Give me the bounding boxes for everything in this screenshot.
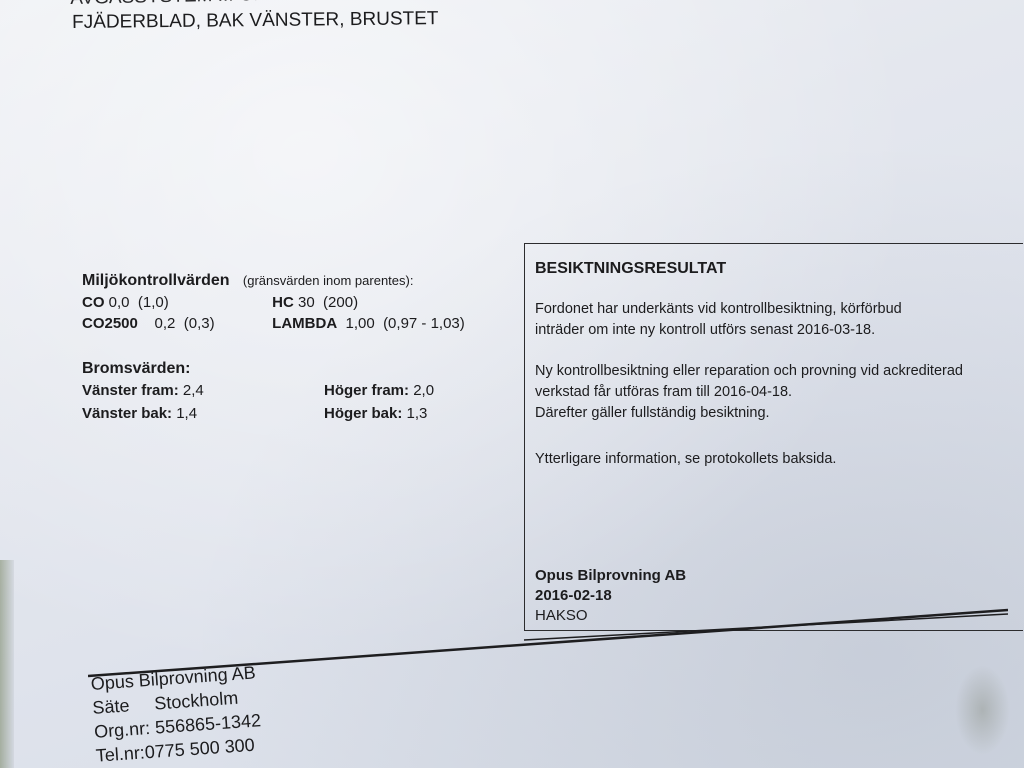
result-paragraph-1: Fordonet har underkänts vid kontrollbesi… [535,299,902,341]
env-row: CO 0,0 (1,0) HC 30 (200) [82,294,522,311]
result-title: BESIKTNINGSRESULTAT [535,260,726,278]
hc-limit: (200) [323,294,358,311]
hc-value: 30 [298,294,315,311]
defect-line: FJÄDERBLAD, BAK VÄNSTER, BRUSTET [72,8,439,34]
footer-company-info: Opus Bilprovning AB SäteStockholm Org.nr… [90,660,263,767]
lambda-value: 1,00 [346,315,375,332]
co-label: CO [82,294,105,311]
brake-item: Vänster fram: 2,4 [82,382,324,399]
brake-values: Bromsvärden: Vänster fram: 2,4 Höger fra… [82,360,522,422]
hc-label: HC [272,294,294,311]
result-paragraph-3: Ytterligare information, se protokollets… [535,449,836,470]
brake-title: Bromsvärden: [82,360,522,378]
brake-item: Höger fram: 2,0 [324,382,524,399]
environment-subtitle: (gränsvärden inom parentes): [243,273,414,288]
co-value: 0,0 [109,294,130,311]
brake-item: Höger bak: 1,3 [324,405,524,422]
co-limit: (1,0) [138,294,169,311]
signature-company: Opus Bilprovning AB [535,566,686,586]
lambda-limit: (0,97 - 1,03) [383,315,465,332]
lambda-label: LAMBDA [272,315,337,332]
inspection-result-box: BESIKTNINGSRESULTAT Fordonet har underkä… [524,243,1023,631]
brake-item: Vänster bak: 1,4 [82,405,324,422]
co2500-label: CO2500 [82,315,138,332]
co2500-limit: (0,3) [184,315,215,332]
environment-values: Miljökontrollvärden (gränsvärden inom pa… [82,272,522,332]
signature-date: 2016-02-18 [535,586,686,606]
co2500-value: 0,2 [155,315,176,332]
environment-title: Miljökontrollvärden [82,272,230,289]
result-paragraph-2: Ny kontrollbesiktning eller reparation o… [535,361,963,424]
paper-stain [955,665,1010,755]
background-edge [0,560,14,768]
env-row: CO2500 0,2 (0,3) LAMBDA 1,00 (0,97 - 1,0… [82,315,522,332]
